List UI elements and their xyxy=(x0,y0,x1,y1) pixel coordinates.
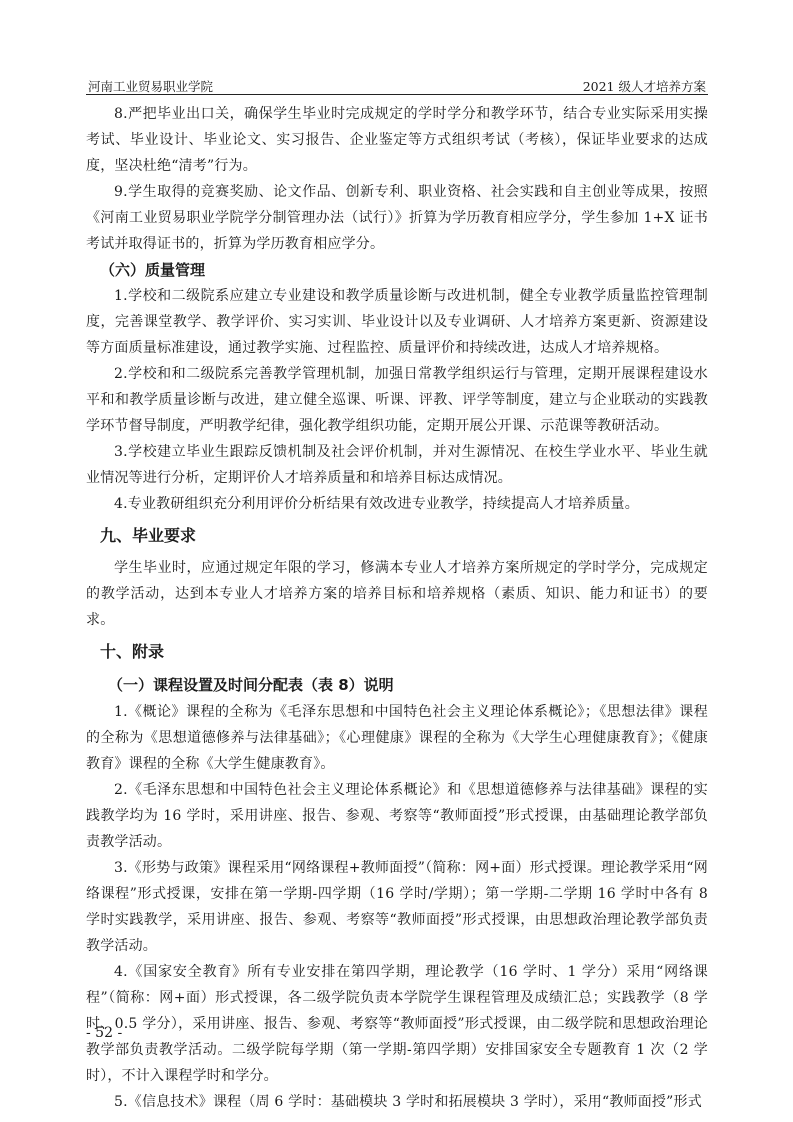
appendix-item-1: 1.《概论》课程的全称为《毛泽东思想和中国特色社会主义理论体系概论》；《思想法律… xyxy=(86,699,708,777)
appendix-subheading: （一）课程设置及时间分配表（表 8）说明 xyxy=(86,671,708,699)
paragraph-9: 9.学生取得的竞赛奖励、论文作品、创新专利、职业资格、社会实践和自主创业等成果，… xyxy=(86,179,708,257)
graduation-text: 学生毕业时，应通过规定年限的学习，修满本专业人才培养方案所规定的学时学分，完成规… xyxy=(86,555,708,633)
quality-item-1: 1.学校和二级院系应建立专业建设和教学质量诊断与改进机制，健全专业教学质量监控管… xyxy=(86,283,708,361)
document-page: 河南工业贸易职业学院 2021 级人才培养方案 8.严把毕业出口关，确保学生毕业… xyxy=(0,0,793,1122)
appendix-item-3: 3.《形势与政策》课程采用“网络课程+教师面授”（简称：网+面）形式授课。理论教… xyxy=(86,855,708,959)
page-number: - 52 - xyxy=(86,1025,122,1041)
appendix-item-5: 5.《信息技术》课程（周 6 学时：基础模块 3 学时和拓展模块 3 学时），采… xyxy=(86,1089,708,1115)
header-institution: 河南工业贸易职业学院 xyxy=(88,77,213,95)
appendix-item-2: 2.《毛泽东思想和中国特色社会主义理论体系概论》和《思想道德修养与法律基础》课程… xyxy=(86,777,708,855)
page-body: 8.严把毕业出口关，确保学生毕业时完成规定的学时学分和教学环节，结合专业实际采用… xyxy=(86,101,708,1115)
paragraph-8: 8.严把毕业出口关，确保学生毕业时完成规定的学时学分和教学环节，结合专业实际采用… xyxy=(86,101,708,179)
quality-item-4: 4.专业教研组织充分利用评价分析结果有效改进专业教学，持续提高人才培养质量。 xyxy=(86,491,708,517)
appendix-item-4: 4.《国家安全教育》所有专业安排在第四学期，理论教学（16 学时、1 学分）采用… xyxy=(86,959,708,1089)
page-header: 河南工业贸易职业学院 2021 级人才培养方案 xyxy=(86,74,708,95)
quality-item-2: 2.学校和和二级院系完善教学管理机制，加强日常教学组织运行与管理，定期开展课程建… xyxy=(86,361,708,439)
section-heading-graduation: 九、毕业要求 xyxy=(86,521,708,551)
header-doc-title: 2021 级人才培养方案 xyxy=(583,77,706,95)
section-heading-quality: （六）质量管理 xyxy=(86,257,708,283)
quality-item-3: 3.学校建立毕业生跟踪反馈机制及社会评价机制，并对生源情况、在校生学业水平、毕业… xyxy=(86,439,708,491)
section-heading-appendix: 十、附录 xyxy=(86,637,708,667)
